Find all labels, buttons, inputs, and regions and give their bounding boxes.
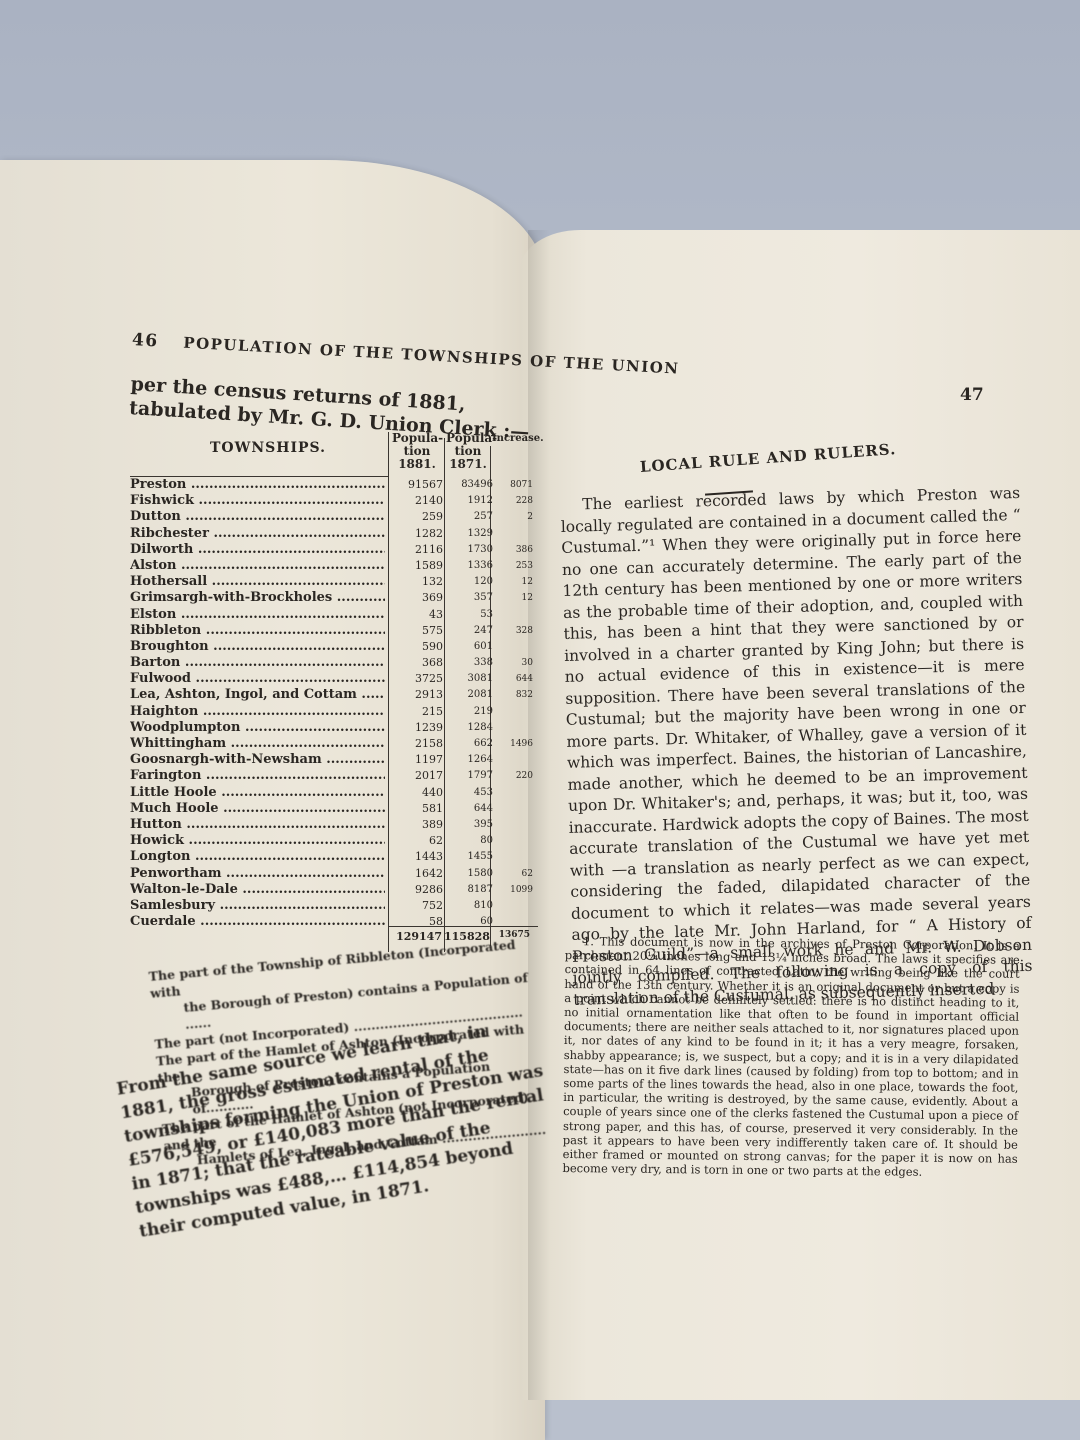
table-row: Alston15891336253 xyxy=(130,558,540,574)
footnote: 1. This document is now in the archives … xyxy=(562,934,1020,1180)
table-row: Ribbleton575247328 xyxy=(130,623,540,639)
table-row: Dilworth21161730386 xyxy=(130,542,540,558)
table-row: Longton14431455 xyxy=(130,849,540,865)
pop-1871: 1797 xyxy=(443,768,493,784)
township-name: Grimsargh-with-Brockholes xyxy=(130,590,385,606)
increase: 1099 xyxy=(493,882,533,898)
increase: 2 xyxy=(493,509,533,525)
header-increase: Increase. xyxy=(492,432,536,445)
table-row: Elston4353 xyxy=(130,607,540,623)
pop-1871: 453 xyxy=(443,785,493,801)
table-row: Preston91567834968071 xyxy=(130,477,540,493)
township-name: Broughton xyxy=(130,639,385,655)
pop-1871: 120 xyxy=(443,574,493,590)
footnote-text: 1. This document is now in the archives … xyxy=(562,934,1020,1180)
township-name: Dilworth xyxy=(130,542,385,558)
township-name: Preston xyxy=(130,477,385,493)
pop-1871: 1329 xyxy=(443,526,493,542)
left-page-number: 46 xyxy=(131,330,159,351)
pop-1881: 1642 xyxy=(385,866,443,882)
pop-1881: 132 xyxy=(385,574,443,590)
increase: 328 xyxy=(493,623,533,639)
township-name: Penwortham xyxy=(130,866,385,882)
pop-1871: 357 xyxy=(443,590,493,606)
pop-1881: 1589 xyxy=(385,558,443,574)
table-row: Samlesbury752810 xyxy=(130,898,540,914)
increase: 12 xyxy=(493,574,533,590)
increase: 228 xyxy=(493,493,533,509)
township-name: Ribchester xyxy=(130,526,385,542)
increase: 253 xyxy=(493,558,533,574)
increase xyxy=(493,720,533,736)
pop-1871: 1730 xyxy=(443,542,493,558)
increase xyxy=(493,817,533,833)
table-row: Much Hoole581644 xyxy=(130,801,540,817)
township-name: Samlesbury xyxy=(130,898,385,914)
township-name: Goosnargh-with-Newsham xyxy=(130,752,385,768)
table-row: Whittingham21586621496 xyxy=(130,736,540,752)
pop-1881: 58 xyxy=(385,914,443,930)
township-name: Barton xyxy=(130,655,385,671)
table-row: Woodplumpton12391284 xyxy=(130,720,540,736)
pop-1881: 752 xyxy=(385,898,443,914)
pop-1881: 575 xyxy=(385,623,443,639)
pop-1881: 2017 xyxy=(385,768,443,784)
pop-1881: 43 xyxy=(385,607,443,623)
pop-1881: 2158 xyxy=(385,736,443,752)
pop-1881: 440 xyxy=(385,785,443,801)
pop-1871: 257 xyxy=(443,509,493,525)
pop-1871: 1580 xyxy=(443,866,493,882)
pop-1881: 368 xyxy=(385,655,443,671)
township-name: Cuerdale xyxy=(130,914,385,930)
increase xyxy=(493,833,533,849)
township-name: Alston xyxy=(130,558,385,574)
pop-1871: 1284 xyxy=(443,720,493,736)
chapter-body: The earliest recorded laws by which Pres… xyxy=(560,483,1033,1011)
table-row: Hutton389395 xyxy=(130,817,540,833)
pop-1881: 1197 xyxy=(385,752,443,768)
pop-1881: 389 xyxy=(385,817,443,833)
pop-1871: 338 xyxy=(443,655,493,671)
header-pop-1881: Popula-tion 1881. xyxy=(392,432,442,471)
pop-1871: 80 xyxy=(443,833,493,849)
increase xyxy=(493,704,533,720)
table-row: Fulwood37253081644 xyxy=(130,671,540,687)
increase: 8071 xyxy=(493,477,533,493)
increase: 832 xyxy=(493,687,533,703)
township-name: Much Hoole xyxy=(130,801,385,817)
increase xyxy=(493,526,533,542)
pop-1871: 662 xyxy=(443,736,493,752)
table-row: Ribchester12821329 xyxy=(130,526,540,542)
pop-1871: 3081 xyxy=(443,671,493,687)
table-row: Walton-le-Dale928681871099 xyxy=(130,882,540,898)
table-row: Goosnargh-with-Newsham11971264 xyxy=(130,752,540,768)
table-row: Lea, Ashton, Ingol, and Cottam2913208183… xyxy=(130,687,540,703)
increase: 644 xyxy=(493,671,533,687)
township-name: Whittingham xyxy=(130,736,385,752)
pop-1871: 219 xyxy=(443,704,493,720)
body-paragraph: The earliest recorded laws by which Pres… xyxy=(560,483,1033,1011)
pop-1881: 91567 xyxy=(385,477,443,493)
table-row: Little Hoole440453 xyxy=(130,785,540,801)
increase: 220 xyxy=(493,768,533,784)
township-name: Hutton xyxy=(130,817,385,833)
pop-1881: 369 xyxy=(385,590,443,606)
pop-1881: 581 xyxy=(385,801,443,817)
township-name: Fishwick xyxy=(130,493,385,509)
township-name: Longton xyxy=(130,849,385,865)
pop-1881: 2913 xyxy=(385,687,443,703)
increase: 386 xyxy=(493,542,533,558)
pop-1881: 1282 xyxy=(385,526,443,542)
pop-1871: 1455 xyxy=(443,849,493,865)
pop-1881: 215 xyxy=(385,704,443,720)
township-name: Haighton xyxy=(130,704,385,720)
township-name: Lea, Ashton, Ingol, and Cottam xyxy=(130,687,385,703)
increase xyxy=(493,785,533,801)
increase xyxy=(493,849,533,865)
pop-1871: 247 xyxy=(443,623,493,639)
pop-1871: 8187 xyxy=(443,882,493,898)
pop-1871: 1264 xyxy=(443,752,493,768)
township-name: Farington xyxy=(130,768,385,784)
increase: 62 xyxy=(493,866,533,882)
pop-1881: 1443 xyxy=(385,849,443,865)
pop-1881: 2140 xyxy=(385,493,443,509)
township-name: Fulwood xyxy=(130,671,385,687)
table-row: Farington20171797220 xyxy=(130,768,540,784)
pop-1871: 83496 xyxy=(443,477,493,493)
township-name: Hothersall xyxy=(130,574,385,590)
table-row: Penwortham1642158062 xyxy=(130,866,540,882)
table-rows: Preston91567834968071Fishwick21401912228… xyxy=(130,477,540,930)
right-page-number: 47 xyxy=(960,385,984,405)
increase xyxy=(493,639,533,655)
pop-1881: 9286 xyxy=(385,882,443,898)
township-name: Walton-le-Dale xyxy=(130,882,385,898)
table-row: Grimsargh-with-Brockholes36935712 xyxy=(130,590,540,606)
table-row: Fishwick21401912228 xyxy=(130,493,540,509)
township-name: Dutton xyxy=(130,509,385,525)
table-row: Dutton2592572 xyxy=(130,509,540,525)
increase: 30 xyxy=(493,655,533,671)
table-row: Haighton215219 xyxy=(130,704,540,720)
pop-1871: 601 xyxy=(443,639,493,655)
increase xyxy=(493,752,533,768)
table-row: Broughton590601 xyxy=(130,639,540,655)
pop-1871: 2081 xyxy=(443,687,493,703)
pop-1881: 62 xyxy=(385,833,443,849)
pop-1871: 644 xyxy=(443,801,493,817)
total-rule xyxy=(388,926,538,927)
township-name: Little Hoole xyxy=(130,785,385,801)
increase xyxy=(493,898,533,914)
pop-1881: 3725 xyxy=(385,671,443,687)
table-row: Hothersall13212012 xyxy=(130,574,540,590)
pop-1871: 60 xyxy=(443,914,493,930)
township-name: Woodplumpton xyxy=(130,720,385,736)
table-row: Barton36833830 xyxy=(130,655,540,671)
pop-1871: 1912 xyxy=(443,493,493,509)
table-row: Cuerdale5860 xyxy=(130,914,540,930)
header-townships: TOWNSHIPS. xyxy=(210,440,326,456)
township-name: Howick xyxy=(130,833,385,849)
pop-1881: 590 xyxy=(385,639,443,655)
pop-1881: 2116 xyxy=(385,542,443,558)
pop-1871: 395 xyxy=(443,817,493,833)
increase xyxy=(493,607,533,623)
pop-1881: 1239 xyxy=(385,720,443,736)
pop-1871: 810 xyxy=(443,898,493,914)
increase: 12 xyxy=(493,590,533,606)
header-pop-1871: Popula-tion 1871. xyxy=(446,432,490,471)
township-name: Ribbleton xyxy=(130,623,385,639)
pop-1871: 1336 xyxy=(443,558,493,574)
pop-1881: 259 xyxy=(385,509,443,525)
increase: 1496 xyxy=(493,736,533,752)
increase xyxy=(493,801,533,817)
township-name: Elston xyxy=(130,607,385,623)
increase xyxy=(493,914,533,930)
pop-1871: 53 xyxy=(443,607,493,623)
table-row: Howick6280 xyxy=(130,833,540,849)
total-pop-1881: 129147 xyxy=(388,930,442,943)
